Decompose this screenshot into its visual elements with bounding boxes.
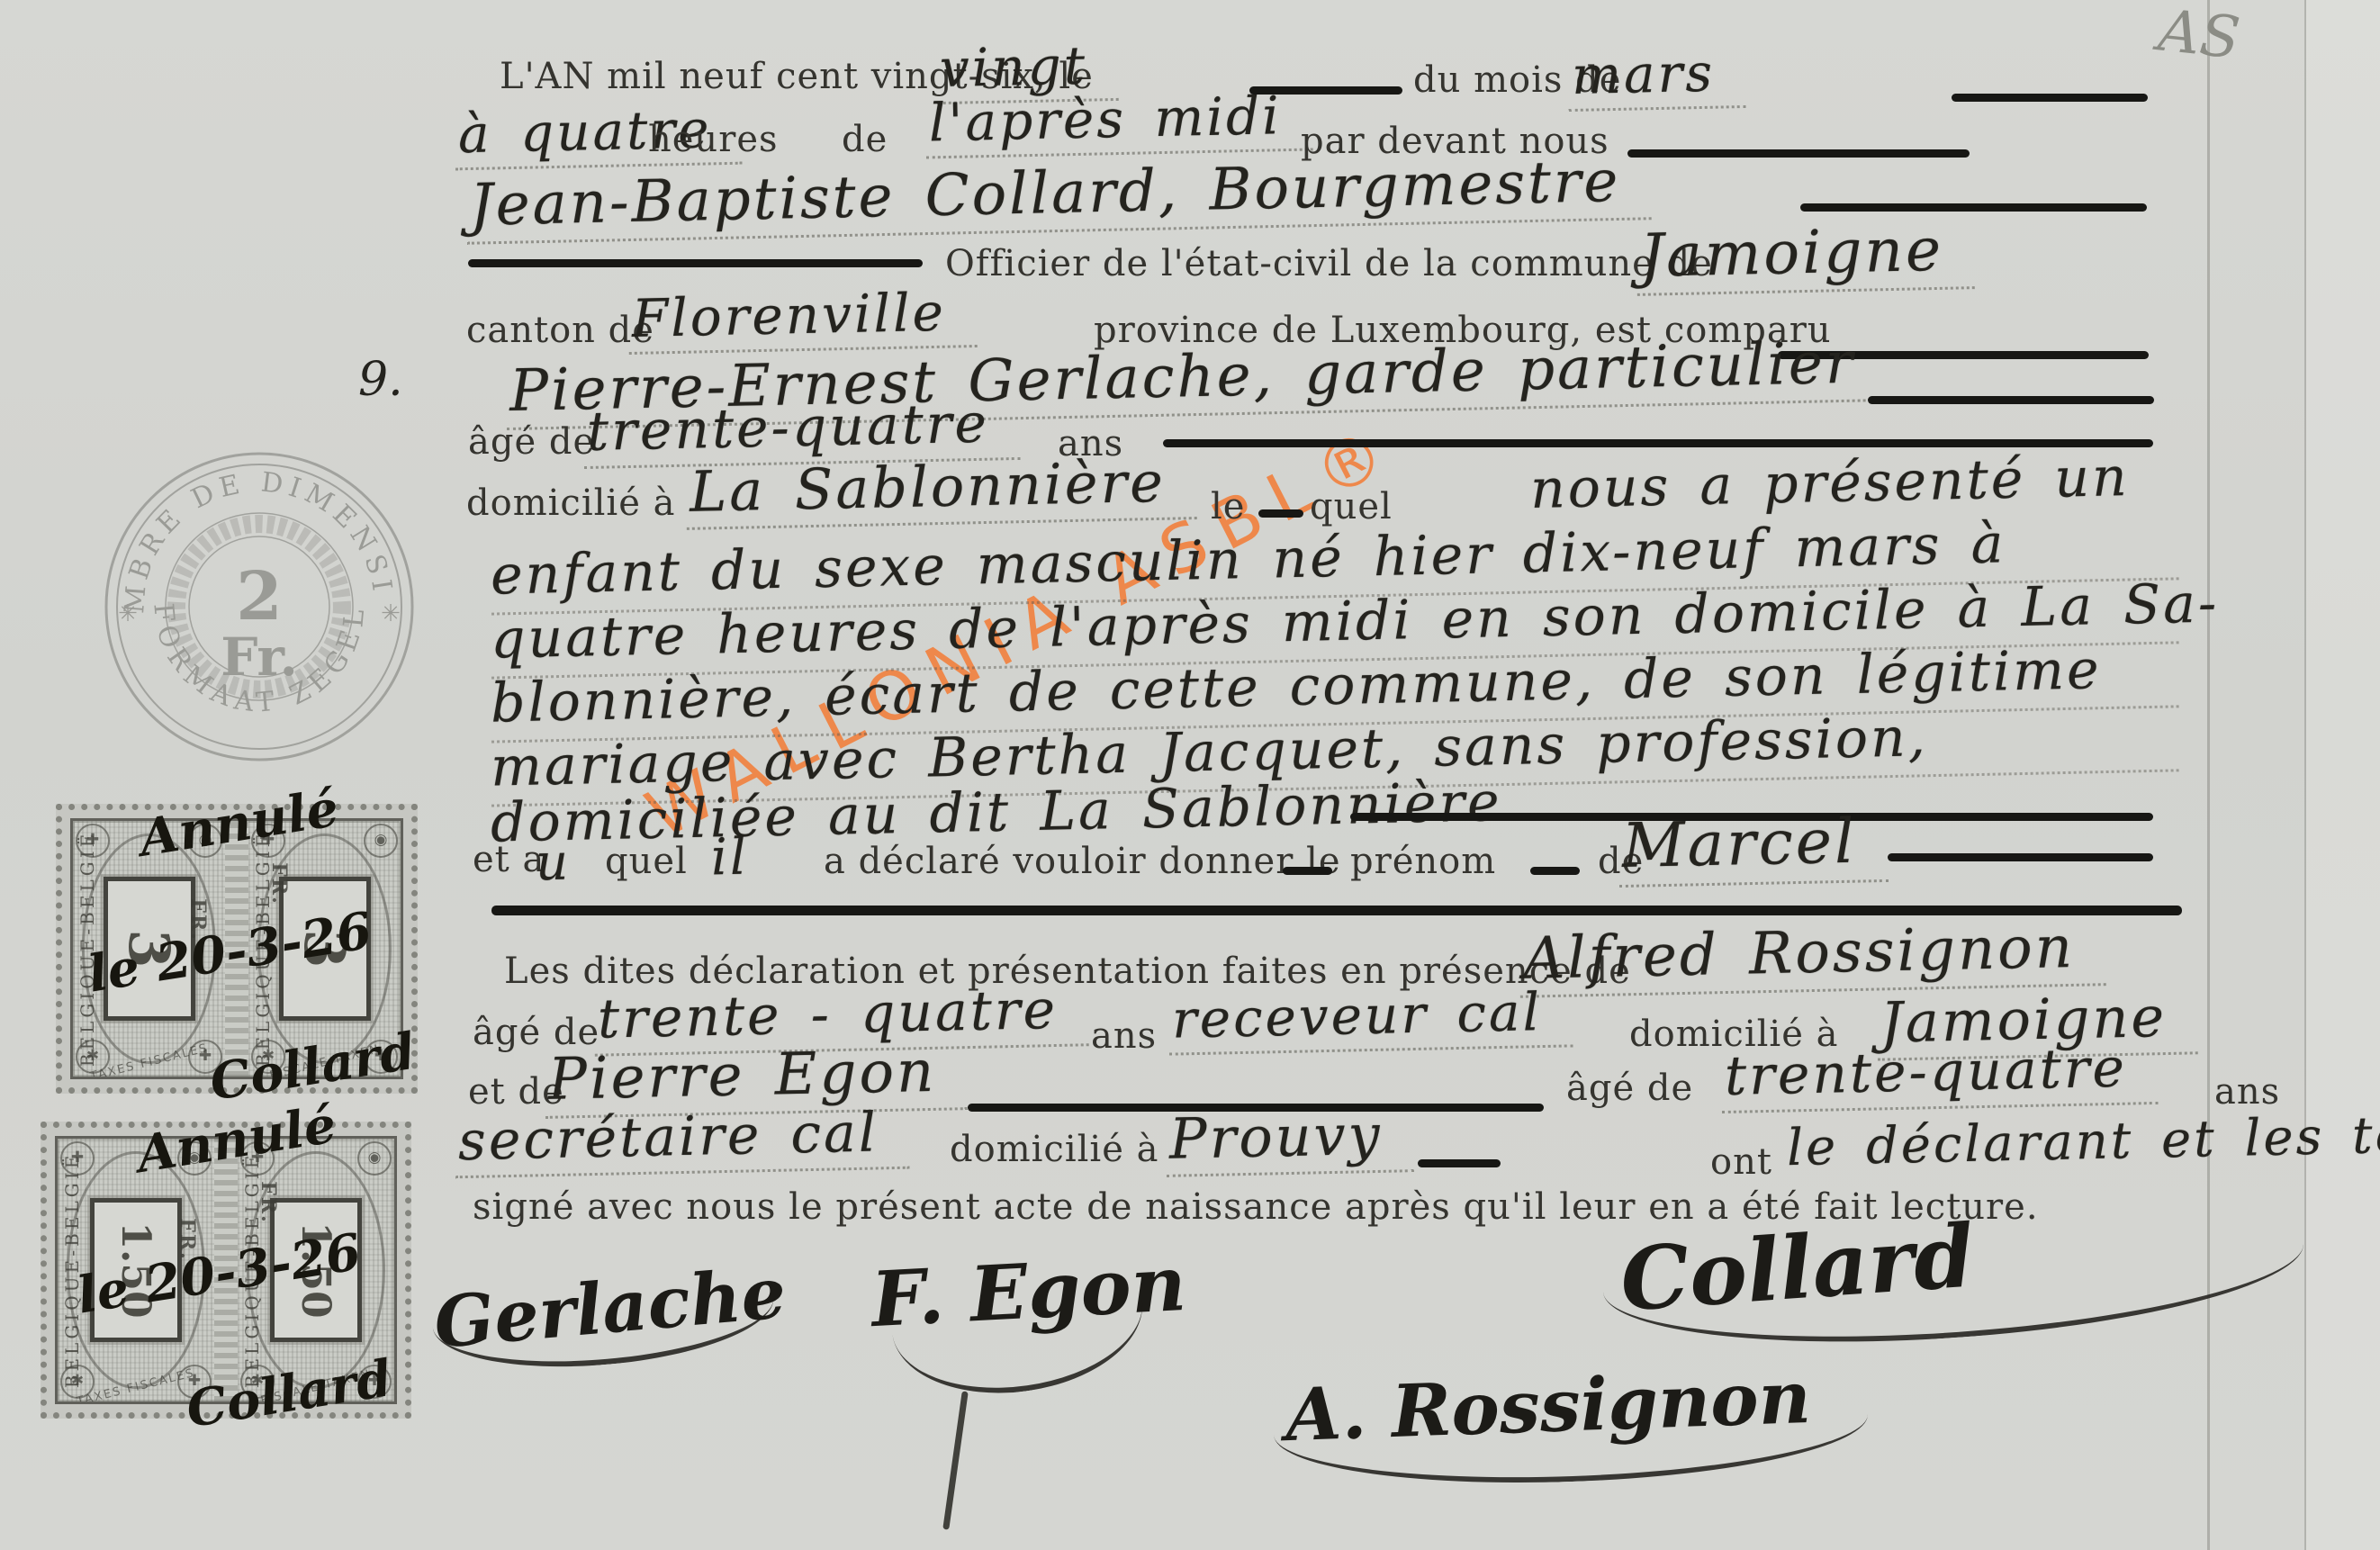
paper-fold-line (2207, 0, 2210, 1550)
strike-rule (1627, 149, 1970, 158)
cancellation-signature: Collard (207, 1014, 496, 1108)
handwritten-entry: il (710, 828, 749, 888)
signature-flourish-tail (942, 1391, 969, 1529)
strike-rule (468, 259, 923, 267)
birth-certificate-scan: WALLONIA ASBL® AS 9. TIMBRE DE DIMENSION… (0, 0, 2380, 1550)
strike-rule (1530, 867, 1580, 875)
handwritten-first-name: Marcel (1618, 806, 1888, 888)
strike-rule (1258, 509, 1303, 518)
printed-label: âgé de (468, 421, 595, 463)
handwritten-period: l'après midi (924, 85, 1312, 159)
printed-label: domicilié à (466, 482, 675, 524)
act-number: 9. (358, 353, 403, 407)
page-edge-strip (2306, 0, 2380, 1550)
handwritten-age: trente-quatre (1720, 1036, 2158, 1113)
printed-label: et a (473, 839, 545, 880)
round-stamp-currency: Fr. (221, 626, 298, 688)
handwritten-residence: Prouvy (1165, 1101, 1413, 1177)
printed-label: prénom (1350, 841, 1496, 882)
printed-label: a déclaré vouloir donner le (824, 841, 1341, 882)
handwritten-profession: secrétaire cal (454, 1101, 909, 1179)
strike-rule (1418, 1159, 1501, 1167)
strike-rule (1952, 94, 2148, 102)
printed-label: de (842, 119, 888, 160)
cancellation-date: le 20-3-26 (74, 1210, 469, 1321)
strike-rule (1283, 867, 1332, 875)
revenue-stamp-pair-2: BELGIQUE-BELGIË D-431509 1.50 FR. ✚ ◉ ✱ … (41, 1122, 411, 1419)
stamp-cancellation: Annulé le 20-3-26 Collard (18, 1082, 490, 1455)
cancellation-text: Annulé (136, 765, 455, 864)
cancellation-signature: Collard (183, 1338, 490, 1435)
printed-label: domicilié à (950, 1129, 1158, 1170)
handwritten-witness-1: Alfred Rossignon (1519, 914, 2106, 998)
cancellation-date: le 20-3-26 (85, 889, 475, 1000)
printed-label: le (1211, 486, 1245, 527)
handwritten-canton: Florenville (627, 281, 977, 355)
printed-label: âgé de (1566, 1068, 1693, 1109)
printed-label: quel (605, 841, 688, 882)
handwritten-entry: u (535, 834, 571, 893)
handwritten-month: mars (1567, 41, 1746, 112)
printed-label: Officier de l'état-civil de la commune d… (945, 243, 1713, 284)
printed-label: canton de (466, 310, 654, 351)
handwritten-entry: le déclarant et les témoins (1786, 1103, 2380, 1177)
handwritten-residence: La Sablonnière (685, 448, 1196, 530)
round-stamp-value: 2 (236, 558, 283, 635)
strike-rule (1868, 396, 2154, 404)
pencil-annotation: AS (2155, 0, 2242, 73)
printed-label: heures (648, 119, 779, 160)
printed-label: quel (1310, 486, 1393, 527)
handwritten-profession: receveur cal (1167, 980, 1573, 1055)
handwritten-entry: nous a présenté un (1529, 446, 2130, 521)
printed-label: ans (1091, 1015, 1157, 1057)
handwritten-commune: Jamoigne (1636, 214, 1975, 296)
strike-rule (1800, 203, 2147, 212)
timbre-dimension-round-stamp: TIMBRE DE DIMENSION FORMAAT ZEGEL 2 Fr. … (101, 448, 418, 765)
stamp-cancellation: Annulé le 20-3-26 Collard (34, 765, 496, 1130)
section-divider-rule (491, 906, 2182, 915)
strike-rule (1163, 439, 2153, 447)
round-stamp-ornament-left: ✳ (118, 600, 138, 627)
strike-rule (1888, 853, 2153, 861)
revenue-stamp-pair-1: BELGIQUE-BELGIË 2-537666 3 FR. ✚ ◉ ✱ ✚ T… (56, 804, 418, 1094)
round-stamp-ornament-right: ✳ (381, 600, 401, 627)
printed-label: ont (1710, 1141, 1772, 1183)
printed-label: ans (2214, 1071, 2280, 1113)
